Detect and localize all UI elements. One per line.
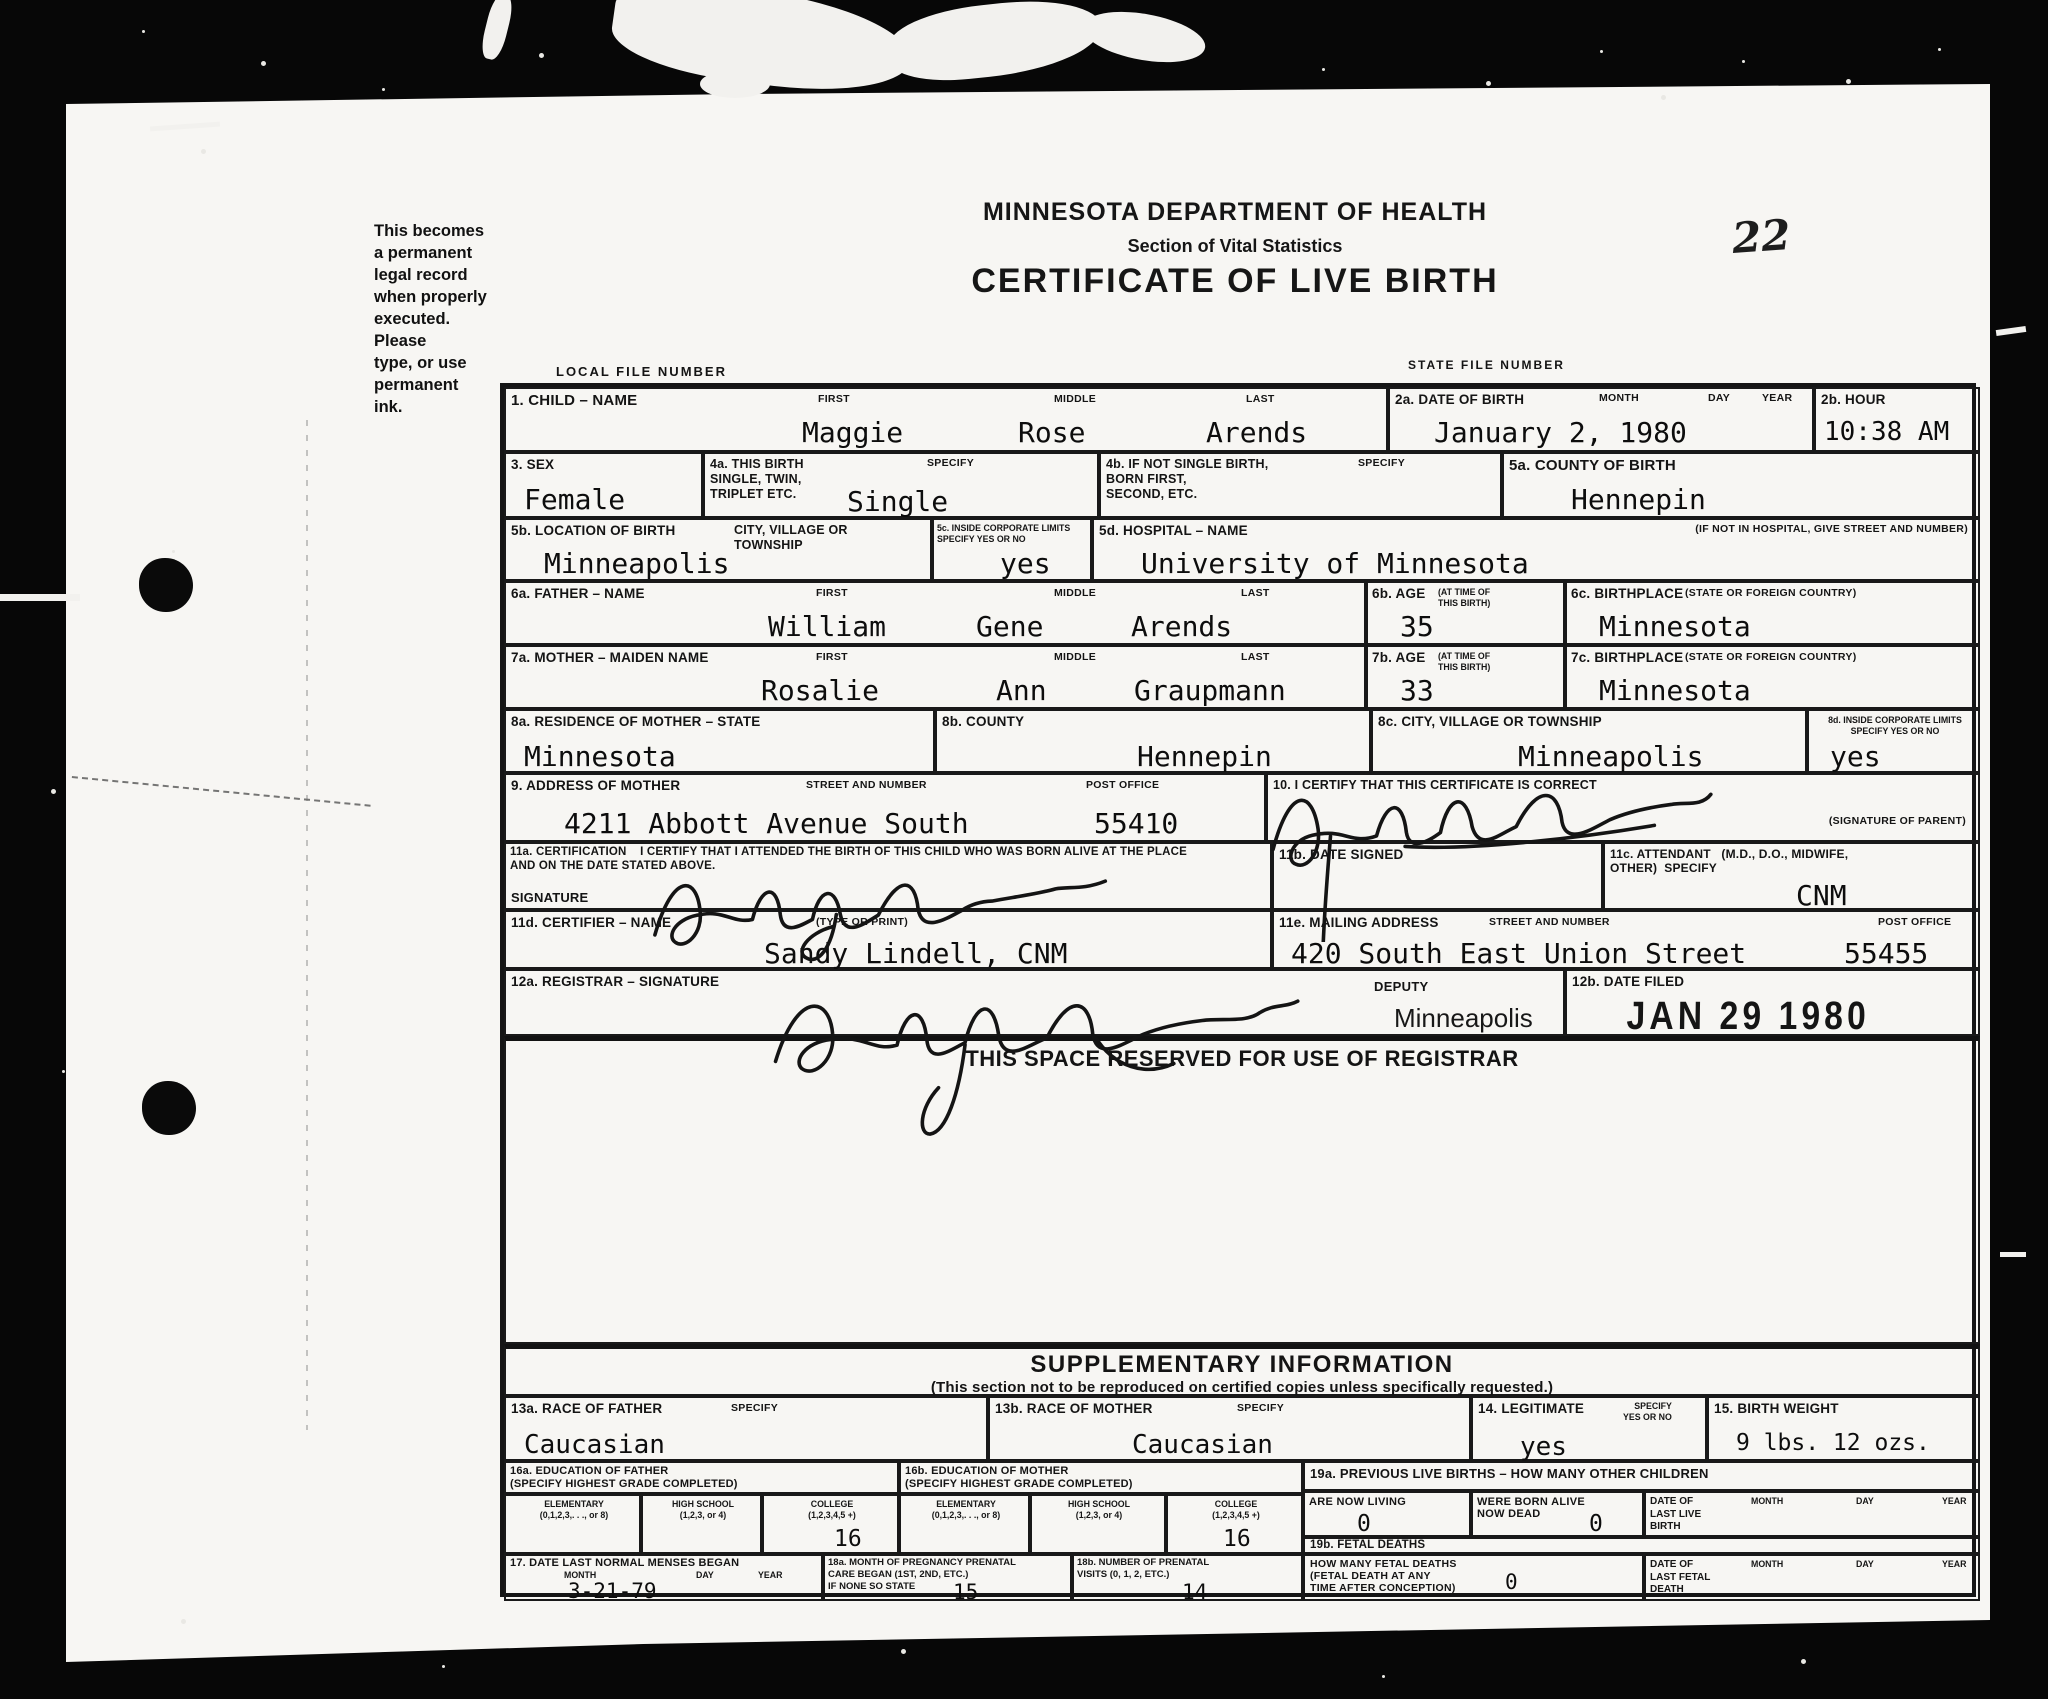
field-label: 16a. EDUCATION OF FATHER (SPECIFY HIGHES…: [510, 1465, 896, 1491]
col-label: STREET AND NUMBER: [806, 779, 927, 791]
deputy-label: DEPUTY: [1374, 979, 1429, 994]
field-label: 9. ADDRESS OF MOTHER: [511, 778, 680, 794]
hole-punch: [142, 1081, 196, 1135]
legitimate-value: yes: [1520, 1434, 1567, 1460]
corporate-limits-value: yes: [1000, 550, 1051, 578]
field-birth-weight: 15. BIRTH WEIGHT 9 lbs. 12 ozs.: [1707, 1396, 1980, 1461]
field-inside-corporate-limits: 5c. INSIDE CORPORATE LIMITS SPECIFY YES …: [932, 518, 1092, 581]
child-middle-name: Rose: [1018, 419, 1085, 447]
supplementary-header: SUPPLEMENTARY INFORMATION (This section …: [504, 1344, 1980, 1396]
state-file-number-label: STATE FILE NUMBER: [1408, 358, 1565, 372]
field-label: 8c. CITY, VILLAGE OR TOWNSHIP: [1378, 714, 1602, 730]
field-label: 15. BIRTH WEIGHT: [1714, 1401, 1839, 1417]
prev-births-date-last-birth: DATE OF LAST LIVE BIRTH MONTH DAY YEAR: [1644, 1491, 1980, 1537]
field-sublabel: CITY, VILLAGE OR TOWNSHIP: [734, 523, 848, 553]
edu-mother-college: COLLEGE (1,2,3,4,5 +) 16: [1166, 1494, 1303, 1554]
year-label: YEAR: [1942, 1559, 1966, 1570]
field-father-name: 6a. FATHER – NAME FIRST MIDDLE LAST Will…: [504, 581, 1366, 645]
field-label: 12a. REGISTRAR – SIGNATURE: [511, 974, 719, 990]
col-label: LAST: [1246, 393, 1275, 405]
field-label: 16b. EDUCATION OF MOTHER (SPECIFY HIGHES…: [905, 1465, 1301, 1491]
col-label: FIRST: [816, 651, 848, 663]
header-department: MINNESOTA DEPARTMENT OF HEALTH: [795, 198, 1675, 227]
signature-of-parent-label: (SIGNATURE OF PARENT): [1829, 815, 1966, 827]
supplementary-title: SUPPLEMENTARY INFORMATION: [506, 1351, 1978, 1379]
field-county-of-birth: 5a. COUNTY OF BIRTH Hennepin: [1502, 452, 1980, 518]
field-label: HOW MANY FETAL DEATHS (FETAL DEATH AT AN…: [1310, 1558, 1457, 1594]
field-label: 19a. PREVIOUS LIVE BIRTHS – HOW MANY OTH…: [1310, 1466, 1709, 1481]
parent-signature: [1255, 742, 1735, 942]
specify-label: SPECIFY: [1237, 1402, 1284, 1414]
field-education-of-mother: 16b. EDUCATION OF MOTHER (SPECIFY HIGHES…: [899, 1461, 1303, 1494]
field-sex: 3. SEX Female: [504, 452, 703, 518]
education-of-father-value: 16: [834, 1528, 862, 1551]
field-label: 8d. INSIDE CORPORATE LIMITS SPECIFY YES …: [1813, 715, 1977, 737]
residence-limits-value: yes: [1830, 743, 1881, 771]
field-mother-age: 7b. AGE (AT TIME OF THIS BIRTH) 33: [1366, 645, 1565, 709]
month-label: MONTH: [1751, 1559, 1783, 1570]
field-father-birthplace: 6c. BIRTHPLACE (STATE OR FOREIGN COUNTRY…: [1565, 581, 1980, 645]
field-hospital-name: 5d. HOSPITAL – NAME (IF NOT IN HOSPITAL,…: [1092, 518, 1980, 581]
field-label: 7b. AGE: [1372, 650, 1425, 666]
field-label: 4a. THIS BIRTH SINGLE, TWIN, TRIPLET ETC…: [710, 457, 804, 501]
birth-weight-value: 9 lbs. 12 ozs.: [1736, 1432, 1930, 1455]
col-label: MONTH: [1599, 392, 1639, 404]
field-label: 5d. HOSPITAL – NAME: [1099, 523, 1248, 539]
field-this-birth: 4a. THIS BIRTH SINGLE, TWIN, TRIPLET ETC…: [703, 452, 1099, 518]
scan-artifact: [1996, 326, 2027, 336]
field-prenatal-visits: 18b. NUMBER OF PRENATAL VISITS (0, 1, 2,…: [1072, 1554, 1303, 1601]
edu-father-highschool: HIGH SCHOOL (1,2,3, or 4): [641, 1494, 762, 1554]
field-label: 13b. RACE OF MOTHER: [995, 1401, 1153, 1417]
col-label: DATE OF LAST FETAL DEATH: [1650, 1559, 1710, 1597]
field-label: 14. LEGITIMATE: [1478, 1401, 1584, 1417]
signature-label: SIGNATURE: [511, 890, 588, 905]
field-label: 8b. COUNTY: [942, 714, 1024, 730]
education-of-mother-value: 16: [1223, 1528, 1251, 1551]
field-label: 7a. MOTHER – MAIDEN NAME: [511, 650, 709, 666]
col-label: MIDDLE: [1054, 393, 1096, 405]
hour-value: 10:38 AM: [1824, 419, 1949, 445]
col-label: ELEMENTARY (0,1,2,3,. . ., or 8): [903, 1499, 1029, 1521]
mother-last-name: Graupmann: [1134, 677, 1286, 705]
field-label: 5b. LOCATION OF BIRTH: [511, 523, 675, 539]
residence-state-value: Minnesota: [524, 743, 676, 771]
document-title: CERTIFICATE OF LIVE BIRTH: [795, 262, 1675, 301]
col-label: POST OFFICE: [1086, 779, 1159, 791]
registrar-signature-script: [755, 952, 1335, 1152]
local-file-number-label: LOCAL FILE NUMBER: [556, 364, 727, 379]
col-label: FIRST: [816, 587, 848, 599]
day-label: DAY: [1856, 1496, 1874, 1507]
father-age-value: 35: [1400, 613, 1434, 641]
born-alive-now-dead-value: 0: [1589, 1513, 1603, 1536]
col-label: ARE NOW LIVING: [1309, 1496, 1406, 1508]
field-sublabel: (STATE OR FOREIGN COUNTRY): [1685, 651, 1857, 663]
col-label: DATE OF LAST LIVE BIRTH: [1650, 1496, 1701, 1534]
field-last-menses: 17. DATE LAST NORMAL MENSES BEGAN MONTH …: [504, 1554, 823, 1601]
location-of-birth-value: Minneapolis: [544, 550, 729, 578]
year-label: YEAR: [1942, 1496, 1966, 1507]
field-legitimate: 14. LEGITIMATE SPECIFY YES OR NO yes: [1471, 1396, 1707, 1461]
scan-artifact: [885, 0, 1105, 87]
month-label: MONTH: [1751, 1496, 1783, 1507]
prev-births-born-alive-now-dead: WERE BORN ALIVE NOW DEAD 0: [1471, 1491, 1644, 1537]
specify-label: SPECIFY: [1358, 457, 1405, 469]
residence-county-value: Hennepin: [1137, 743, 1272, 771]
field-prenatal-care-began: 18a. MONTH OF PREGNANCY PRENATAL CARE BE…: [823, 1554, 1072, 1601]
date-filed-stamp: JAN 29 1980: [1626, 993, 1870, 1039]
field-label: 19b. FETAL DEATHS: [1310, 1539, 1425, 1553]
field-previous-live-births: 19a. PREVIOUS LIVE BIRTHS – HOW MANY OTH…: [1303, 1461, 1980, 1491]
field-label: 18b. NUMBER OF PRENATAL VISITS (0, 1, 2,…: [1077, 1557, 1301, 1581]
field-sublabel: (AT TIME OF THIS BIRTH): [1438, 587, 1490, 609]
scan-noise: [142, 30, 145, 33]
attendant-value: CNM: [1796, 882, 1847, 910]
col-label: LAST: [1241, 651, 1270, 663]
sex-value: Female: [524, 486, 625, 514]
county-of-birth-value: Hennepin: [1571, 486, 1706, 514]
col-label: FIRST: [818, 393, 850, 405]
field-label: 6a. FATHER – NAME: [511, 586, 645, 602]
address-post-office-value: 55410: [1094, 810, 1178, 838]
mother-age-value: 33: [1400, 677, 1434, 705]
certifier-signature: [640, 835, 1120, 970]
col-label: LAST: [1241, 587, 1270, 599]
last-menses-value: 3-21-79: [568, 1581, 657, 1602]
field-label: 5c. INSIDE CORPORATE LIMITS SPECIFY YES …: [937, 523, 1089, 545]
scan-artifact: [1079, 4, 1209, 71]
field-date-of-birth: 2a. DATE OF BIRTH MONTH DAY YEAR January…: [1388, 387, 1814, 452]
mother-birthplace-value: Minnesota: [1599, 677, 1751, 705]
father-last-name: Arends: [1131, 613, 1232, 641]
col-label: HIGH SCHOOL (1,2,3, or 4): [1034, 1499, 1164, 1521]
father-birthplace-value: Minnesota: [1599, 613, 1751, 641]
field-label: 4b. IF NOT SINGLE BIRTH, BORN FIRST, SEC…: [1106, 457, 1268, 501]
hole-punch: [139, 558, 193, 612]
scanned-birth-certificate: This becomes a permanent legal record wh…: [0, 0, 2048, 1699]
col-label: HIGH SCHOOL (1,2,3, or 4): [645, 1499, 761, 1521]
field-label: 8a. RESIDENCE OF MOTHER – STATE: [511, 714, 760, 730]
specify-label: SPECIFY: [927, 457, 974, 469]
field-fetal-deaths-header: 19b. FETAL DEATHS: [1303, 1537, 1980, 1554]
edu-father-elementary: ELEMENTARY (0,1,2,3,. . ., or 8): [504, 1494, 641, 1554]
specify-label: SPECIFY YES OR NO: [1623, 1401, 1672, 1423]
prenatal-care-began-value: 15: [953, 1582, 978, 1603]
child-first-name: Maggie: [802, 419, 903, 447]
race-of-father-value: Caucasian: [524, 1432, 665, 1458]
race-of-mother-value: Caucasian: [1132, 1432, 1273, 1458]
col-label: YEAR: [1762, 392, 1792, 404]
father-first-name: William: [768, 613, 886, 641]
mother-first-name: Rosalie: [761, 677, 879, 705]
father-middle-name: Gene: [976, 613, 1043, 641]
field-race-of-father: 13a. RACE OF FATHER SPECIFY Caucasian: [504, 1396, 988, 1461]
field-note: (IF NOT IN HOSPITAL, GIVE STREET AND NUM…: [1695, 523, 1968, 535]
field-not-single-birth: 4b. IF NOT SINGLE BIRTH, BORN FIRST, SEC…: [1099, 452, 1502, 518]
mailing-post-office-value: 55455: [1844, 940, 1928, 968]
field-label: 17. DATE LAST NORMAL MENSES BEGAN: [510, 1557, 739, 1570]
field-hour: 2b. HOUR 10:38 AM: [1814, 387, 1980, 452]
field-label: 2b. HOUR: [1821, 392, 1886, 408]
scan-artifact: [478, 0, 515, 62]
field-label: 1. CHILD – NAME: [511, 392, 637, 410]
edu-father-college: COLLEGE (1,2,3,4,5 +) 16: [762, 1494, 899, 1554]
field-label: 3. SEX: [511, 457, 554, 473]
prev-births-now-living: ARE NOW LIVING 0: [1303, 1491, 1471, 1537]
field-how-many-fetal-deaths: HOW MANY FETAL DEATHS (FETAL DEATH AT AN…: [1303, 1554, 1644, 1601]
day-label: DAY: [1856, 1559, 1874, 1570]
field-label: 7c. BIRTHPLACE: [1571, 650, 1683, 666]
field-father-age: 6b. AGE (AT TIME OF THIS BIRTH) 35: [1366, 581, 1565, 645]
scan-artifact: [700, 70, 770, 98]
field-label: 13a. RACE OF FATHER: [511, 1401, 662, 1417]
child-last-name: Arends: [1206, 419, 1307, 447]
deputy-value: Minneapolis: [1394, 1003, 1533, 1034]
col-label: MIDDLE: [1054, 587, 1096, 599]
col-label: WERE BORN ALIVE NOW DEAD: [1477, 1496, 1585, 1520]
field-mother-name: 7a. MOTHER – MAIDEN NAME FIRST MIDDLE LA…: [504, 645, 1366, 709]
field-education-of-father: 16a. EDUCATION OF FATHER (SPECIFY HIGHES…: [504, 1461, 899, 1494]
field-label: 5a. COUNTY OF BIRTH: [1509, 457, 1676, 475]
edu-mother-elementary: ELEMENTARY (0,1,2,3,. . ., or 8): [899, 1494, 1030, 1554]
field-label: 2a. DATE OF BIRTH: [1395, 392, 1524, 408]
col-label: COLLEGE (1,2,3,4,5 +): [766, 1499, 898, 1521]
date-of-birth-value: January 2, 1980: [1434, 419, 1687, 447]
col-label: ELEMENTARY (0,1,2,3,. . ., or 8): [508, 1499, 640, 1521]
field-child-name: 1. CHILD – NAME FIRST MIDDLE LAST Maggie…: [504, 387, 1388, 452]
col-label: COLLEGE (1,2,3,4,5 +): [1170, 1499, 1302, 1521]
this-birth-value: Single: [847, 488, 948, 516]
address-street-value: 4211 Abbott Avenue South: [564, 810, 969, 838]
field-location-of-birth: 5b. LOCATION OF BIRTH CITY, VILLAGE OR T…: [504, 518, 932, 581]
field-race-of-mother: 13b. RACE OF MOTHER SPECIFY Caucasian: [988, 1396, 1471, 1461]
field-sublabel: (STATE OR FOREIGN COUNTRY): [1685, 587, 1857, 599]
mother-middle-name: Ann: [996, 677, 1047, 705]
hospital-name-value: University of Minnesota: [1141, 550, 1529, 578]
specify-label: SPECIFY: [731, 1402, 778, 1414]
supplementary-note: (This section not to be reproduced on ce…: [506, 1379, 1978, 1397]
field-residence-state: 8a. RESIDENCE OF MOTHER – STATE Minnesot…: [504, 709, 935, 773]
field-sublabel: (AT TIME OF THIS BIRTH): [1438, 651, 1490, 673]
mailing-street-value: 420 South East Union Street: [1291, 940, 1746, 968]
col-label: DAY: [1708, 392, 1730, 404]
prenatal-visits-value: 14: [1182, 1582, 1207, 1603]
scan-artifact: [2000, 1252, 2026, 1257]
col-label: MIDDLE: [1054, 651, 1096, 663]
field-date-last-fetal-death: DATE OF LAST FETAL DEATH MONTH DAY YEAR: [1644, 1554, 1980, 1601]
fetal-deaths-value: 0: [1505, 1572, 1518, 1593]
day-label: DAY: [696, 1570, 714, 1581]
header-section: Section of Vital Statistics: [795, 236, 1675, 257]
scan-artifact: [0, 594, 80, 601]
field-label: 12b. DATE FILED: [1572, 974, 1684, 990]
edu-mother-highschool: HIGH SCHOOL (1,2,3, or 4): [1030, 1494, 1166, 1554]
col-label: POST OFFICE: [1878, 916, 1951, 928]
field-label: 18a. MONTH OF PREGNANCY PRENATAL CARE BE…: [828, 1557, 1070, 1593]
field-date-filed: 12b. DATE FILED JAN 29 1980: [1565, 969, 1980, 1036]
field-residence-limits: 8d. INSIDE CORPORATE LIMITS SPECIFY YES …: [1807, 709, 1980, 773]
fold-line: [306, 420, 308, 1430]
year-label: YEAR: [758, 1570, 782, 1581]
field-mother-birthplace: 7c. BIRTHPLACE (STATE OR FOREIGN COUNTRY…: [1565, 645, 1980, 709]
now-living-value: 0: [1357, 1513, 1371, 1536]
field-label: 6c. BIRTHPLACE: [1571, 586, 1683, 602]
field-address-of-mother: 9. ADDRESS OF MOTHER STREET AND NUMBER P…: [504, 773, 1266, 842]
handwritten-page-number: 22: [1730, 210, 1792, 263]
field-label: 6b. AGE: [1372, 586, 1425, 602]
